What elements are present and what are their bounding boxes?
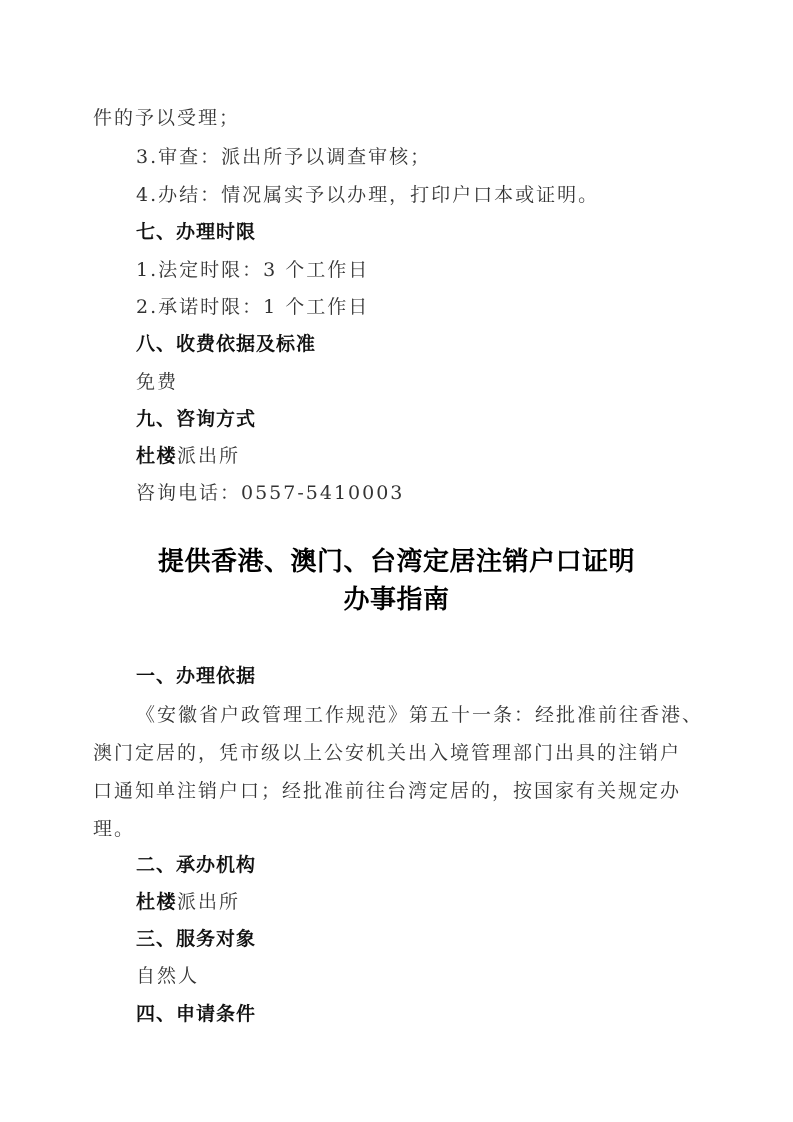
guide-title-line2: 办事指南 (0, 584, 793, 616)
service-target-content: 自然人 (136, 964, 199, 988)
section-heading-service-target: 三、服务对象 (136, 927, 256, 951)
section-heading-agency: 二、承办机构 (136, 853, 256, 877)
time-limit-promised: 2.承诺时限：1 个工作日 (136, 295, 369, 319)
org-name-rest: 派出所 (177, 445, 240, 467)
agency-name-bold: 杜楼 (136, 891, 177, 913)
org-name-bold: 杜楼 (136, 445, 177, 467)
basis-paragraph-line2: 澳门定居的，凭市级以上公安机关出入境管理部门出具的注销户 (93, 741, 681, 765)
guide-title-line1: 提供香港、澳门、台湾定居注销户口证明 (0, 546, 793, 578)
process-step-review: 3.审查：派出所予以调查审核； (136, 145, 431, 169)
continuation-line: 件的予以受理； (93, 106, 240, 130)
basis-paragraph-line1: 《安徽省户政管理工作规范》第五十一条：经批准前往香港、 (136, 703, 703, 727)
fee-content: 免费 (136, 370, 178, 394)
section-heading-fees: 八、收费依据及标准 (136, 332, 316, 356)
agency-organization: 杜楼派出所 (136, 890, 240, 914)
section-heading-conditions: 四、申请条件 (136, 1002, 256, 1026)
agency-name-rest: 派出所 (177, 891, 240, 913)
basis-paragraph-line4: 理。 (93, 817, 135, 841)
consultation-organization: 杜楼派出所 (136, 444, 240, 468)
process-step-complete: 4.办结：情况属实予以办理，打印户口本或证明。 (136, 183, 599, 207)
basis-paragraph-line3: 口通知单注销户口；经批准前往台湾定居的，按国家有关规定办 (93, 779, 681, 803)
section-heading-time-limit: 七、办理时限 (136, 220, 256, 244)
consultation-phone: 咨询电话：0557-5410003 (136, 481, 404, 505)
time-limit-statutory: 1.法定时限：3 个工作日 (136, 258, 369, 282)
section-heading-basis: 一、办理依据 (136, 664, 256, 688)
section-heading-consultation: 九、咨询方式 (136, 407, 256, 431)
